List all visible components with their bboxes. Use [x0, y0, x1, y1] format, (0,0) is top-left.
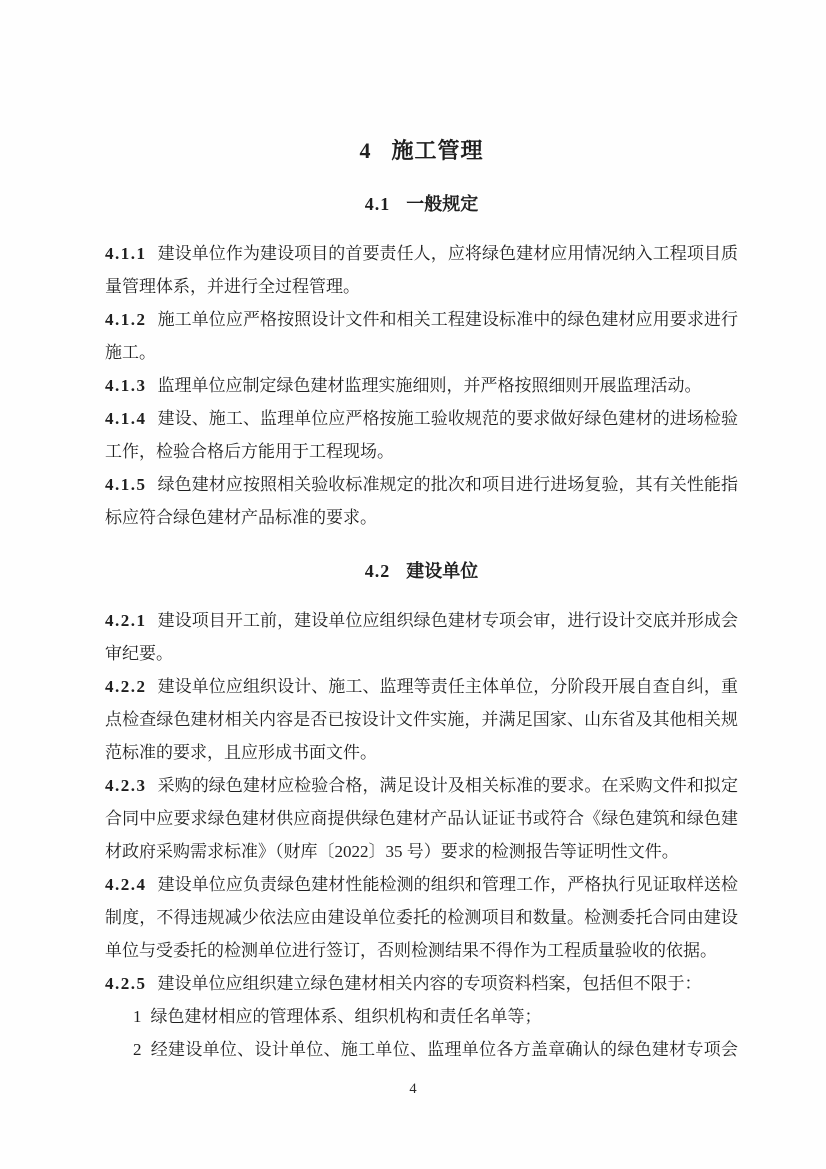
list-item-number: 1	[133, 1007, 142, 1026]
clause-4-2-2: 4.2.2建设单位应组织设计、施工、监理等责任主体单位，分阶段开展自查自纠，重点…	[105, 670, 738, 769]
clause-4-2-4: 4.2.4建设单位应负责绿色建材性能检测的组织和管理工作，严格执行见证取样送检制…	[105, 868, 738, 967]
list-item-2: 2经建设单位、设计单位、施工单位、监理单位各方盖章确认的绿色建材专项会	[105, 1033, 738, 1066]
clause-4-1-4: 4.1.4建设、施工、监理单位应严格按施工验收规范的要求做好绿色建材的进场检验工…	[105, 402, 738, 468]
clause-number: 4.2.3	[105, 776, 147, 795]
clause-text: 建设单位应负责绿色建材性能检测的组织和管理工作，严格执行见证取样送检制度，不得违…	[105, 875, 738, 960]
section-heading-4-1: 4.1一般规定	[105, 194, 738, 215]
clause-number: 4.2.2	[105, 677, 147, 696]
clause-text: 建设单位应组织设计、施工、监理等责任主体单位，分阶段开展自查自纠，重点检查绿色建…	[105, 677, 738, 762]
clause-4-1-2: 4.1.2施工单位应严格按照设计文件和相关工程建设标准中的绿色建材应用要求进行施…	[105, 303, 738, 369]
clause-number: 4.1.4	[105, 409, 147, 428]
clause-text: 建设单位作为建设项目的首要责任人，应将绿色建材应用情况纳入工程项目质量管理体系，…	[105, 244, 738, 296]
clause-4-2-3: 4.2.3采购的绿色建材应检验合格，满足设计及相关标准的要求。在采购文件和拟定合…	[105, 769, 738, 868]
clause-text: 采购的绿色建材应检验合格，满足设计及相关标准的要求。在采购文件和拟定合同中应要求…	[105, 776, 738, 861]
clause-4-2-5: 4.2.5建设单位应组织建立绿色建材相关内容的专项资料档案，包括但不限于：	[105, 967, 738, 1000]
clause-text: 绿色建材应按照相关验收标准规定的批次和项目进行进场复验，其有关性能指标应符合绿色…	[105, 475, 738, 527]
clause-4-1-3: 4.1.3监理单位应制定绿色建材监理实施细则，并严格按照细则开展监理活动。	[105, 369, 738, 402]
clause-number: 4.1.5	[105, 475, 147, 494]
document-page: 4施工管理 4.1一般规定 4.1.1建设单位作为建设项目的首要责任人，应将绿色…	[0, 0, 826, 1169]
section-title-text: 建设单位	[406, 561, 478, 581]
clause-4-2-1: 4.2.1建设项目开工前，建设单位应组织绿色建材专项会审，进行设计交底并形成会审…	[105, 604, 738, 670]
section-number: 4.1	[365, 194, 391, 214]
clause-text: 建设项目开工前，建设单位应组织绿色建材专项会审，进行设计交底并形成会审纪要。	[105, 611, 738, 663]
page-content: 4施工管理 4.1一般规定 4.1.1建设单位作为建设项目的首要责任人，应将绿色…	[105, 138, 738, 1066]
clause-4-1-1: 4.1.1建设单位作为建设项目的首要责任人，应将绿色建材应用情况纳入工程项目质量…	[105, 237, 738, 303]
clause-4-1-5: 4.1.5绿色建材应按照相关验收标准规定的批次和项目进行进场复验，其有关性能指标…	[105, 468, 738, 534]
section-number: 4.2	[365, 561, 391, 581]
clause-number: 4.2.5	[105, 974, 147, 993]
list-item-number: 2	[133, 1040, 142, 1059]
clause-text: 施工单位应严格按照设计文件和相关工程建设标准中的绿色建材应用要求进行施工。	[105, 310, 738, 362]
section-heading-4-2: 4.2建设单位	[105, 561, 738, 582]
clause-text: 建设、施工、监理单位应严格按施工验收规范的要求做好绿色建材的进场检验工作，检验合…	[105, 409, 738, 461]
chapter-number: 4	[359, 138, 371, 163]
clause-number: 4.2.4	[105, 875, 147, 894]
chapter-title: 4施工管理	[105, 138, 738, 164]
list-item-text: 经建设单位、设计单位、施工单位、监理单位各方盖章确认的绿色建材专项会	[151, 1040, 739, 1059]
clause-number: 4.2.1	[105, 611, 147, 630]
page-number: 4	[0, 1078, 826, 1100]
list-item-text: 绿色建材相应的管理体系、组织机构和责任名单等；	[151, 1007, 542, 1026]
list-item-1: 1绿色建材相应的管理体系、组织机构和责任名单等；	[105, 1000, 738, 1033]
clause-text: 建设单位应组织建立绿色建材相关内容的专项资料档案，包括但不限于：	[158, 974, 702, 993]
clause-number: 4.1.1	[105, 244, 147, 263]
chapter-title-text: 施工管理	[391, 138, 483, 163]
clause-number: 4.1.2	[105, 310, 147, 329]
clause-number: 4.1.3	[105, 376, 147, 395]
section-title-text: 一般规定	[406, 194, 478, 214]
clause-text: 监理单位应制定绿色建材监理实施细则，并严格按照细则开展监理活动。	[158, 376, 702, 395]
